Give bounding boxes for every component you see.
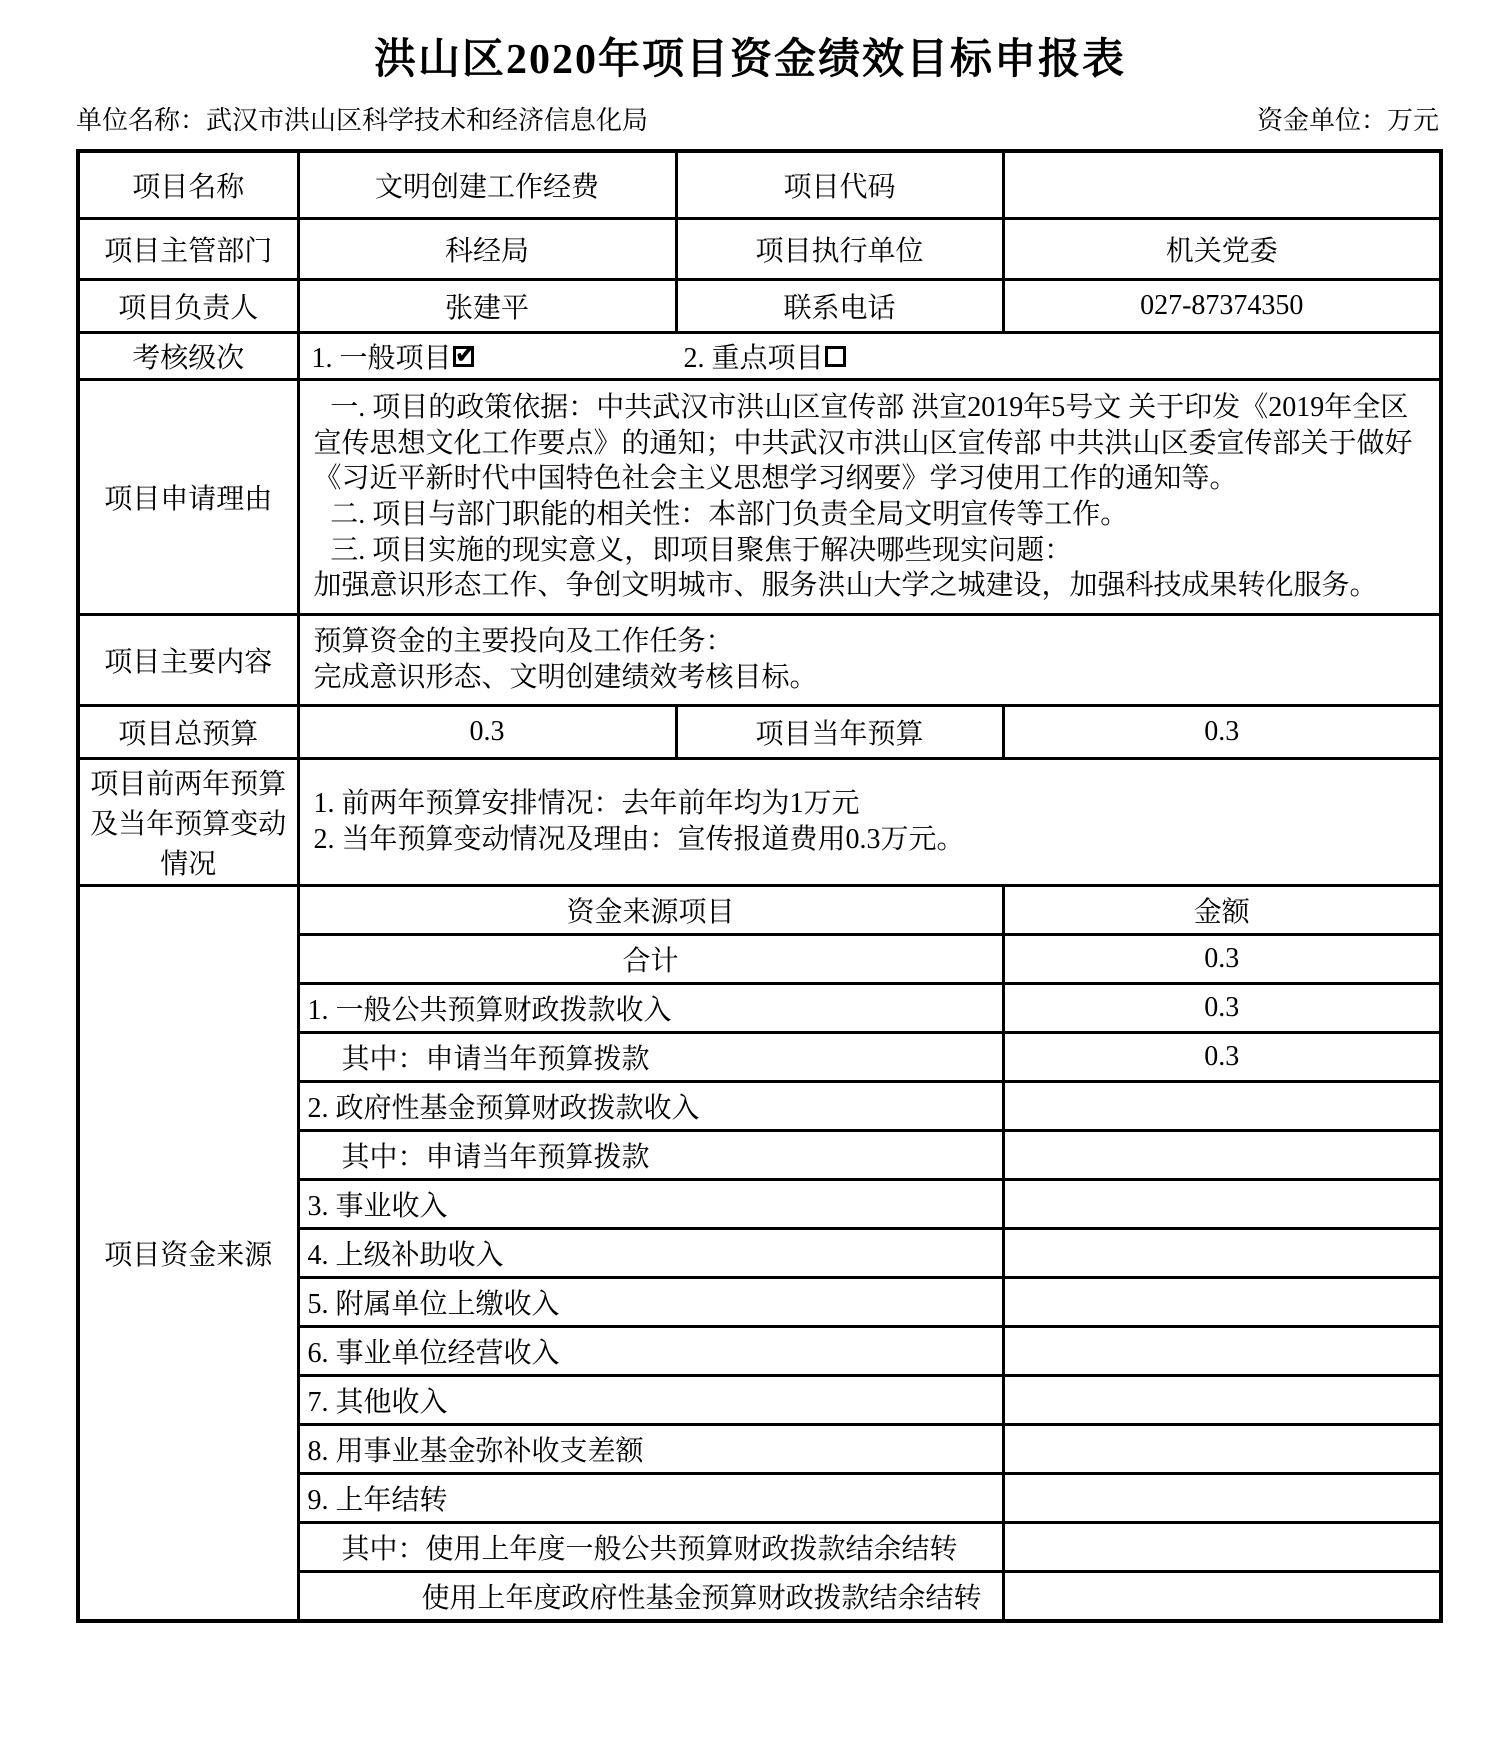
fund-source-item: 2. 政府性基金预算财政拨款收入 — [298, 1082, 1003, 1131]
fund-source-header-row: 项目资金来源 资金来源项目 金额 — [78, 886, 1441, 935]
row-assessment-level: 考核级次 1. 一般项目 2. 重点项目 — [78, 333, 1441, 380]
fund-source-header-amount: 金额 — [1003, 886, 1441, 935]
row-person: 项目负责人 张建平 联系电话 027-87374350 — [78, 280, 1441, 333]
row-prev-budget: 项目前两年预算及当年预算变动情况 1. 前两年预算安排情况：去年前年均为1万元 … — [78, 759, 1441, 886]
general-project-checkbox[interactable] — [453, 346, 474, 367]
meta-row: 单位名称：武汉市洪山区科学技术和经济信息化局 资金单位：万元 — [76, 100, 1439, 137]
prev-budget-content: 1. 前两年预算安排情况：去年前年均为1万元 2. 当年预算变动情况及理由：宣传… — [298, 759, 1441, 886]
department-value: 科经局 — [298, 219, 676, 280]
fund-source-amount — [1003, 1229, 1441, 1278]
unit-name-value: 武汉市洪山区科学技术和经济信息化局 — [206, 106, 648, 135]
total-budget-label: 项目总预算 — [78, 706, 298, 759]
project-name-value: 文明创建工作经费 — [298, 151, 676, 219]
project-name-label: 项目名称 — [78, 151, 298, 219]
fund-source-item: 其中：申请当年预算拨款 — [298, 1131, 1003, 1180]
fund-source-item: 8. 用事业基金弥补收支差额 — [298, 1425, 1003, 1474]
fund-source-amount — [1003, 1180, 1441, 1229]
row-total-budget: 项目总预算 0.3 项目当年预算 0.3 — [78, 706, 1441, 759]
fund-source-amount: 0.3 — [1003, 935, 1441, 984]
prev-budget-label: 项目前两年预算及当年预算变动情况 — [78, 759, 298, 886]
unit-name-line: 单位名称：武汉市洪山区科学技术和经济信息化局 — [76, 100, 648, 137]
phone-label: 联系电话 — [676, 280, 1003, 333]
fund-source-amount — [1003, 1082, 1441, 1131]
page-title: 洪山区2020年项目资金绩效目标申报表 — [0, 26, 1500, 86]
executor-label: 项目执行单位 — [676, 219, 1003, 280]
fund-unit-label: 资金单位： — [1257, 106, 1387, 135]
fund-source-item: 3. 事业收入 — [298, 1180, 1003, 1229]
main-content-label: 项目主要内容 — [78, 615, 298, 706]
prev-budget-line: 1. 前两年预算安排情况：去年前年均为1万元 — [314, 786, 1426, 822]
declaration-table: 项目名称 文明创建工作经费 项目代码 项目主管部门 科经局 项目执行单位 机关党… — [76, 149, 1443, 1623]
row-project-name: 项目名称 文明创建工作经费 项目代码 — [78, 151, 1441, 219]
apply-reason-paragraph: 三. 项目实施的现实意义，即项目聚焦于解决哪些现实问题： — [314, 533, 1426, 569]
fund-source-amount: 0.3 — [1003, 984, 1441, 1033]
fund-source-label: 项目资金来源 — [78, 886, 298, 1622]
fund-source-amount — [1003, 1327, 1441, 1376]
fund-source-item: 合计 — [298, 935, 1003, 984]
declaration-form-page: 洪山区2020年项目资金绩效目标申报表 单位名称：武汉市洪山区科学技术和经济信息… — [0, 26, 1500, 1623]
fund-unit-line: 资金单位：万元 — [1257, 100, 1439, 137]
main-content-line: 完成意识形态、文明创建绩效考核目标。 — [314, 660, 1426, 696]
phone-value: 027-87374350 — [1003, 280, 1441, 333]
fund-source-item: 4. 上级补助收入 — [298, 1229, 1003, 1278]
current-budget-value: 0.3 — [1003, 706, 1441, 759]
current-budget-label: 项目当年预算 — [676, 706, 1003, 759]
fund-source-amount — [1003, 1474, 1441, 1523]
assessment-options-cell: 1. 一般项目 2. 重点项目 — [298, 333, 1441, 380]
fund-source-item: 7. 其他收入 — [298, 1376, 1003, 1425]
key-project-checkbox[interactable] — [825, 346, 846, 367]
apply-reason-label: 项目申请理由 — [78, 380, 298, 615]
unit-name-label: 单位名称： — [76, 106, 206, 135]
person-value: 张建平 — [298, 280, 676, 333]
project-code-value — [1003, 151, 1441, 219]
fund-source-amount — [1003, 1572, 1441, 1622]
fund-source-item: 6. 事业单位经营收入 — [298, 1327, 1003, 1376]
fund-source-amount — [1003, 1523, 1441, 1572]
fund-source-amount: 0.3 — [1003, 1033, 1441, 1082]
total-budget-value: 0.3 — [298, 706, 676, 759]
key-project-label: 2. 重点项目 — [684, 336, 824, 376]
executor-value: 机关党委 — [1003, 219, 1441, 280]
fund-source-item: 其中：申请当年预算拨款 — [298, 1033, 1003, 1082]
fund-unit-value: 万元 — [1387, 106, 1439, 135]
fund-source-amount — [1003, 1278, 1441, 1327]
main-content-line: 预算资金的主要投向及工作任务： — [314, 624, 1426, 660]
prev-budget-line: 2. 当年预算变动情况及理由：宣传报道费用0.3万元。 — [314, 822, 1426, 858]
fund-source-item: 其中：使用上年度一般公共预算财政拨款结余结转 — [298, 1523, 1003, 1572]
assessment-level-label: 考核级次 — [78, 333, 298, 380]
fund-source-item: 使用上年度政府性基金预算财政拨款结余结转 — [298, 1572, 1003, 1622]
apply-reason-paragraph: 加强意识形态工作、争创文明城市、服务洪山大学之城建设，加强科技成果转化服务。 — [314, 568, 1426, 604]
general-project-label: 1. 一般项目 — [312, 336, 452, 376]
fund-source-amount — [1003, 1376, 1441, 1425]
fund-source-amount — [1003, 1131, 1441, 1180]
row-main-content: 项目主要内容 预算资金的主要投向及工作任务： 完成意识形态、文明创建绩效考核目标… — [78, 615, 1441, 706]
fund-source-item: 1. 一般公共预算财政拨款收入 — [298, 984, 1003, 1033]
department-label: 项目主管部门 — [78, 219, 298, 280]
row-apply-reason: 项目申请理由 一. 项目的政策依据：中共武汉市洪山区宣传部 洪宣2019年5号文… — [78, 380, 1441, 615]
row-department: 项目主管部门 科经局 项目执行单位 机关党委 — [78, 219, 1441, 280]
fund-source-item: 9. 上年结转 — [298, 1474, 1003, 1523]
fund-source-amount — [1003, 1425, 1441, 1474]
apply-reason-content: 一. 项目的政策依据：中共武汉市洪山区宣传部 洪宣2019年5号文 关于印发《2… — [298, 380, 1441, 615]
project-code-label: 项目代码 — [676, 151, 1003, 219]
fund-source-item: 5. 附属单位上缴收入 — [298, 1278, 1003, 1327]
apply-reason-paragraph: 一. 项目的政策依据：中共武汉市洪山区宣传部 洪宣2019年5号文 关于印发《2… — [314, 390, 1426, 497]
main-content-cell: 预算资金的主要投向及工作任务： 完成意识形态、文明创建绩效考核目标。 — [298, 615, 1441, 706]
fund-source-header-item: 资金来源项目 — [298, 886, 1003, 935]
person-label: 项目负责人 — [78, 280, 298, 333]
apply-reason-paragraph: 二. 项目与部门职能的相关性：本部门负责全局文明宣传等工作。 — [314, 497, 1426, 533]
general-project-option: 1. 一般项目 — [312, 336, 684, 376]
key-project-option: 2. 重点项目 — [684, 336, 846, 376]
